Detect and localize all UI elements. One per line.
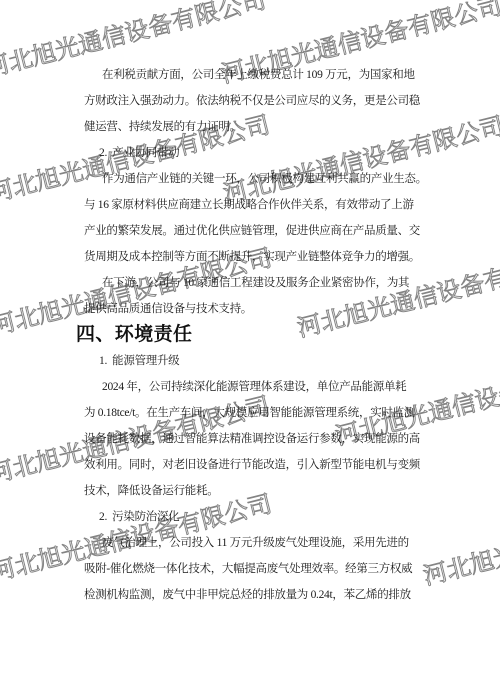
numbered-subheading: 1. 能源管理升级 <box>0 348 500 374</box>
paragraph-line: 与 16 家原材料供应商建立长期战略合作伙伴关系，有效带动了上游 <box>0 192 500 218</box>
paragraph-line: 技术，降低设备运行能耗。 <box>0 478 500 504</box>
paragraph-line: 在下游，公司与 10 家通信工程建设及服务企业紧密协作，为其 <box>0 270 500 296</box>
paragraph-line: 设备能耗数据，通过智能算法精准调控设备运行参数，实现能源的高 <box>0 426 500 452</box>
paragraph-line: 作为通信产业链的关键一环，公司积极构建互利共赢的产业生态。 <box>0 166 500 192</box>
paragraph-line: 吸附-催化燃烧一体化技术，大幅提高废气处理效率。经第三方权威 <box>0 556 500 582</box>
paragraph-line: 废气治理上，公司投入 11 万元升级废气处理设施，采用先进的 <box>0 530 500 556</box>
paragraph-line: 货周期及成本控制等方面不断提升，实现产业链整体竞争力的增强。 <box>0 244 500 270</box>
paragraph-line: 在利税贡献方面，公司全年上缴税费总计 109 万元，为国家和地 <box>0 62 500 88</box>
paragraph-line: 健运营、持续发展的有力证明。 <box>0 114 500 140</box>
paragraph-line: 效利用。同时，对老旧设备进行节能改造，引入新型节能电机与变频 <box>0 452 500 478</box>
numbered-subheading: 2. 污染防治深化 <box>0 504 500 530</box>
paragraph-line: 产业的繁荣发展。通过优化供应链管理，促进供应商在产品质量、交 <box>0 218 500 244</box>
paragraph-line: 为 0.18tce/t。在生产车间，大规模应用智能能源管理系统，实时监测 <box>0 400 500 426</box>
paragraph-line: 提供高品质通信设备与技术支持。 <box>0 296 500 322</box>
paragraph-line: 方财政注入强劲动力。依法纳税不仅是公司应尽的义务，更是公司稳 <box>0 88 500 114</box>
numbered-subheading: 2. 产业协同带动 <box>0 140 500 166</box>
document-page: 河北旭光通信设备有限公司 河北旭光通信设备有限公司 河北旭光通信设备有限公司 河… <box>0 0 500 697</box>
paragraph-line: 检测机构监测，废气中非甲烷总烃的排放量为 0.24t，苯乙烯的排放 <box>0 582 500 608</box>
chapter-heading: 四、环境责任 <box>0 322 500 348</box>
paragraph-line: 2024 年，公司持续深化能源管理体系建设，单位产品能源单耗 <box>0 374 500 400</box>
document-body: 在利税贡献方面，公司全年上缴税费总计 109 万元，为国家和地 方财政注入强劲动… <box>0 62 500 608</box>
